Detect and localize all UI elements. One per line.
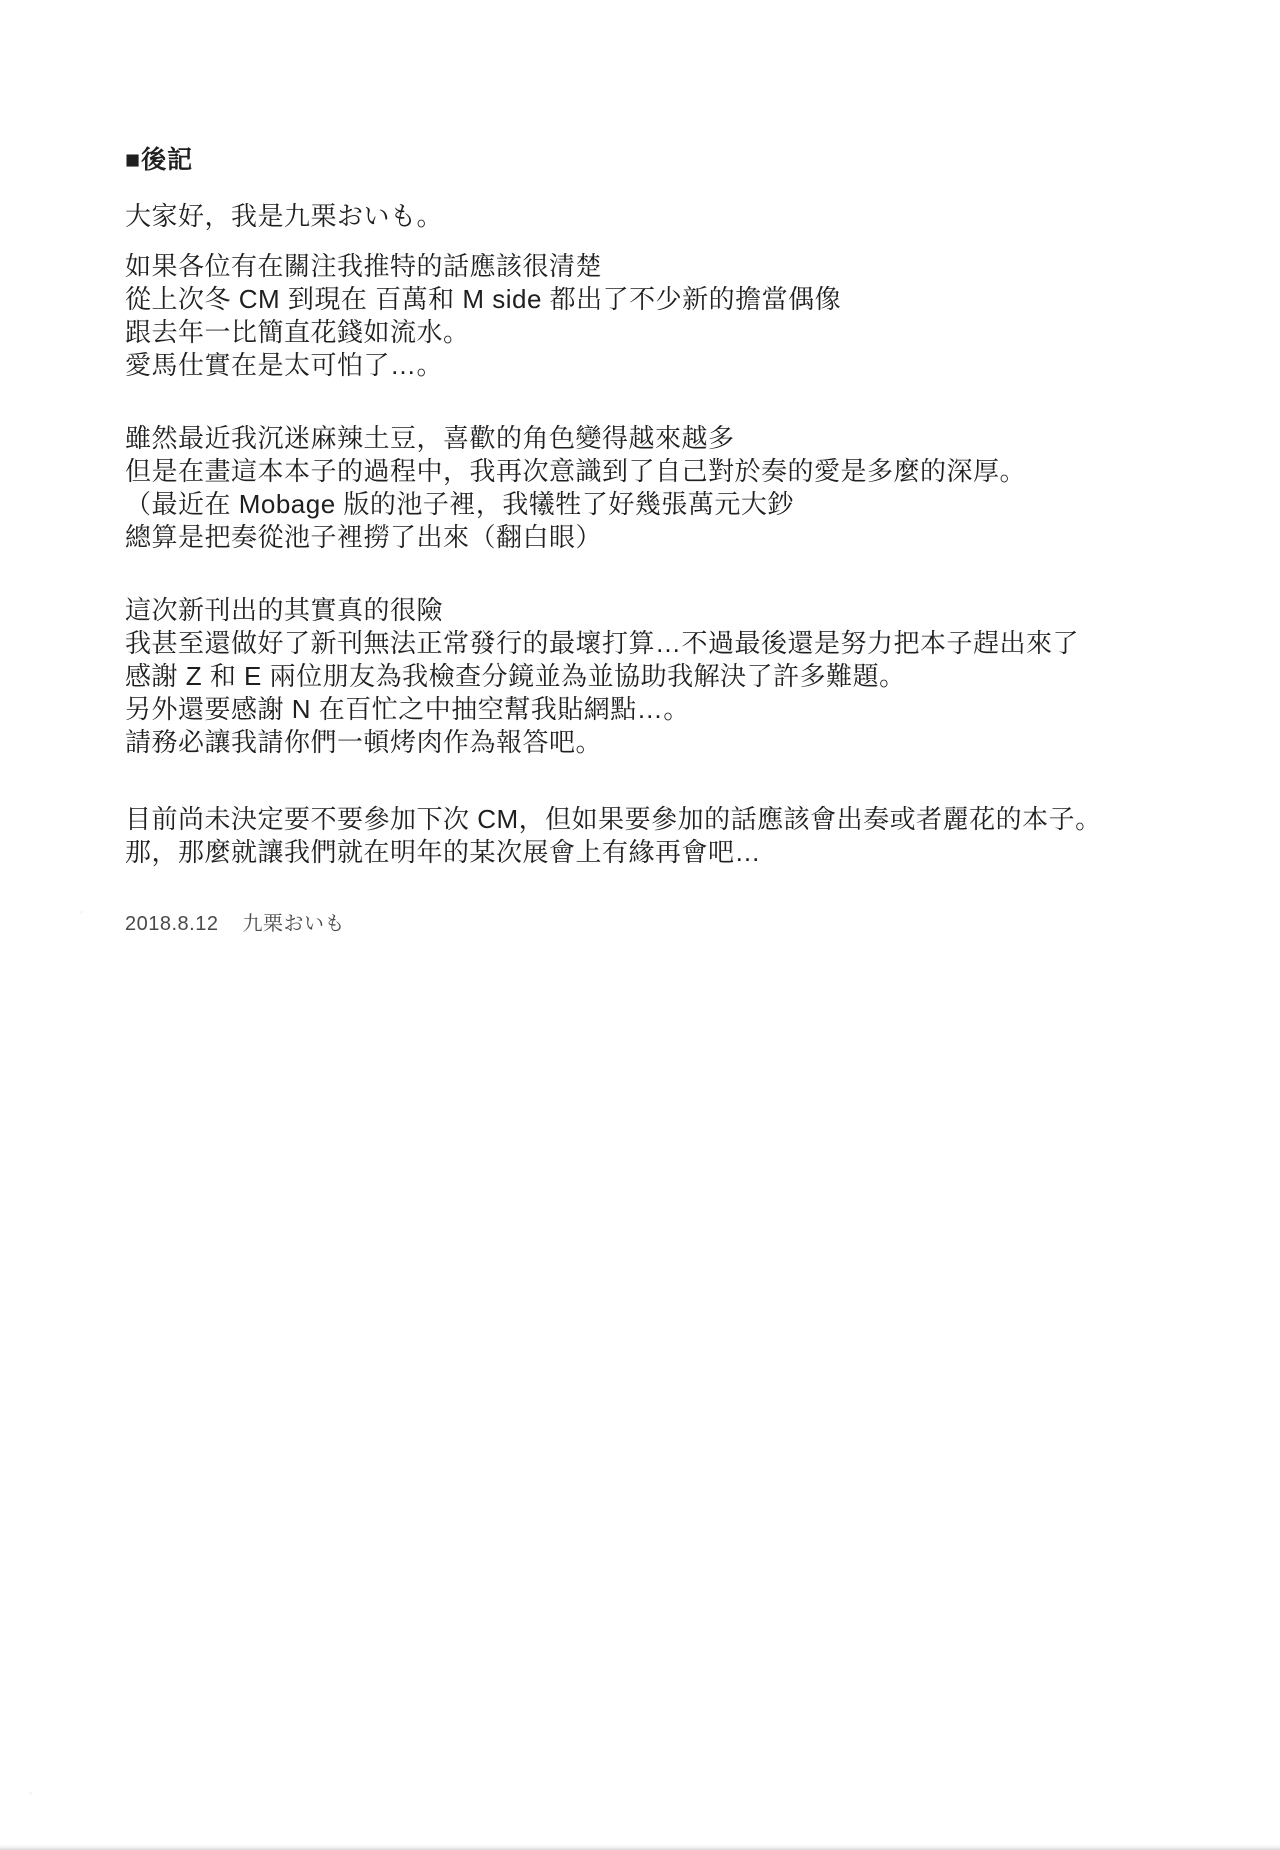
afterword-content: ■後記 大家好，我是九栗おいも。 如果各位有在關注我推特的話應該很清楚 從上次冬…: [125, 144, 1220, 958]
text-line: 愛馬仕實在是太可怕了…。: [125, 349, 1220, 382]
signature-author: 九栗おいも: [243, 913, 346, 935]
paragraph-1: 如果各位有在關注我推特的話應該很清楚 從上次冬 CM 到現在 百萬和 M sid…: [125, 250, 1220, 382]
text-line: 雖然最近我沉迷麻辣土豆，喜歡的角色變得越來越多: [125, 422, 1220, 455]
text-line: 這次新刊出的其實真的很險: [125, 594, 1220, 627]
paragraph-3: 這次新刊出的其實真的很險 我甚至還做好了新刊無法正常發行的最壞打算…不過最後還是…: [125, 594, 1220, 759]
text-line: （最近在 Mobage 版的池子裡，我犧牲了好幾張萬元大鈔: [125, 488, 1220, 521]
scanned-afterword-page: ■後記 大家好，我是九栗おいも。 如果各位有在關注我推特的話應該很清楚 從上次冬…: [0, 0, 1280, 1850]
text-line: 跟去年一比簡直花錢如流水。: [125, 316, 1220, 349]
scan-speck: [29, 1792, 32, 1795]
greeting-line: 大家好，我是九栗おいも。: [125, 200, 1220, 233]
text-line: 總算是把奏從池子裡撈了出來（翻白眼）: [125, 521, 1220, 554]
signature-date: 2018.8.12: [125, 913, 218, 935]
text-line: 目前尚未決定要不要參加下次 CM，但如果要參加的話應該會出奏或者麗花的本子。: [125, 803, 1220, 836]
text-line: 另外還要感謝 N 在百忙之中抽空幫我貼網點…。: [125, 693, 1220, 726]
text-line: 從上次冬 CM 到現在 百萬和 M side 都出了不少新的擔當偶像: [125, 283, 1220, 316]
signature-line: 2018.8.12 九栗おいも: [125, 910, 1220, 938]
paragraph-4: 目前尚未決定要不要參加下次 CM，但如果要參加的話應該會出奏或者麗花的本子。 那…: [125, 803, 1220, 869]
scan-speck: [80, 911, 83, 914]
text-line: 如果各位有在關注我推特的話應該很清楚: [125, 250, 1220, 283]
text-line: 請務必讓我請你們一頓烤肉作為報答吧。: [125, 726, 1220, 759]
scan-edge: [0, 1844, 1280, 1850]
text-line: 但是在畫這本本子的過程中，我再次意識到了自己對於奏的愛是多麼的深厚。: [125, 455, 1220, 488]
text-line: 感謝 Z 和 E 兩位朋友為我檢查分鏡並為並協助我解決了許多難題。: [125, 660, 1220, 693]
paragraph-2: 雖然最近我沉迷麻辣土豆，喜歡的角色變得越來越多 但是在畫這本本子的過程中，我再次…: [125, 422, 1220, 554]
text-line: 我甚至還做好了新刊無法正常發行的最壞打算…不過最後還是努力把本子趕出來了: [125, 627, 1220, 660]
afterword-heading: ■後記: [125, 144, 1220, 177]
text-line: 那，那麼就讓我們就在明年的某次展會上有緣再會吧…: [125, 836, 1220, 869]
